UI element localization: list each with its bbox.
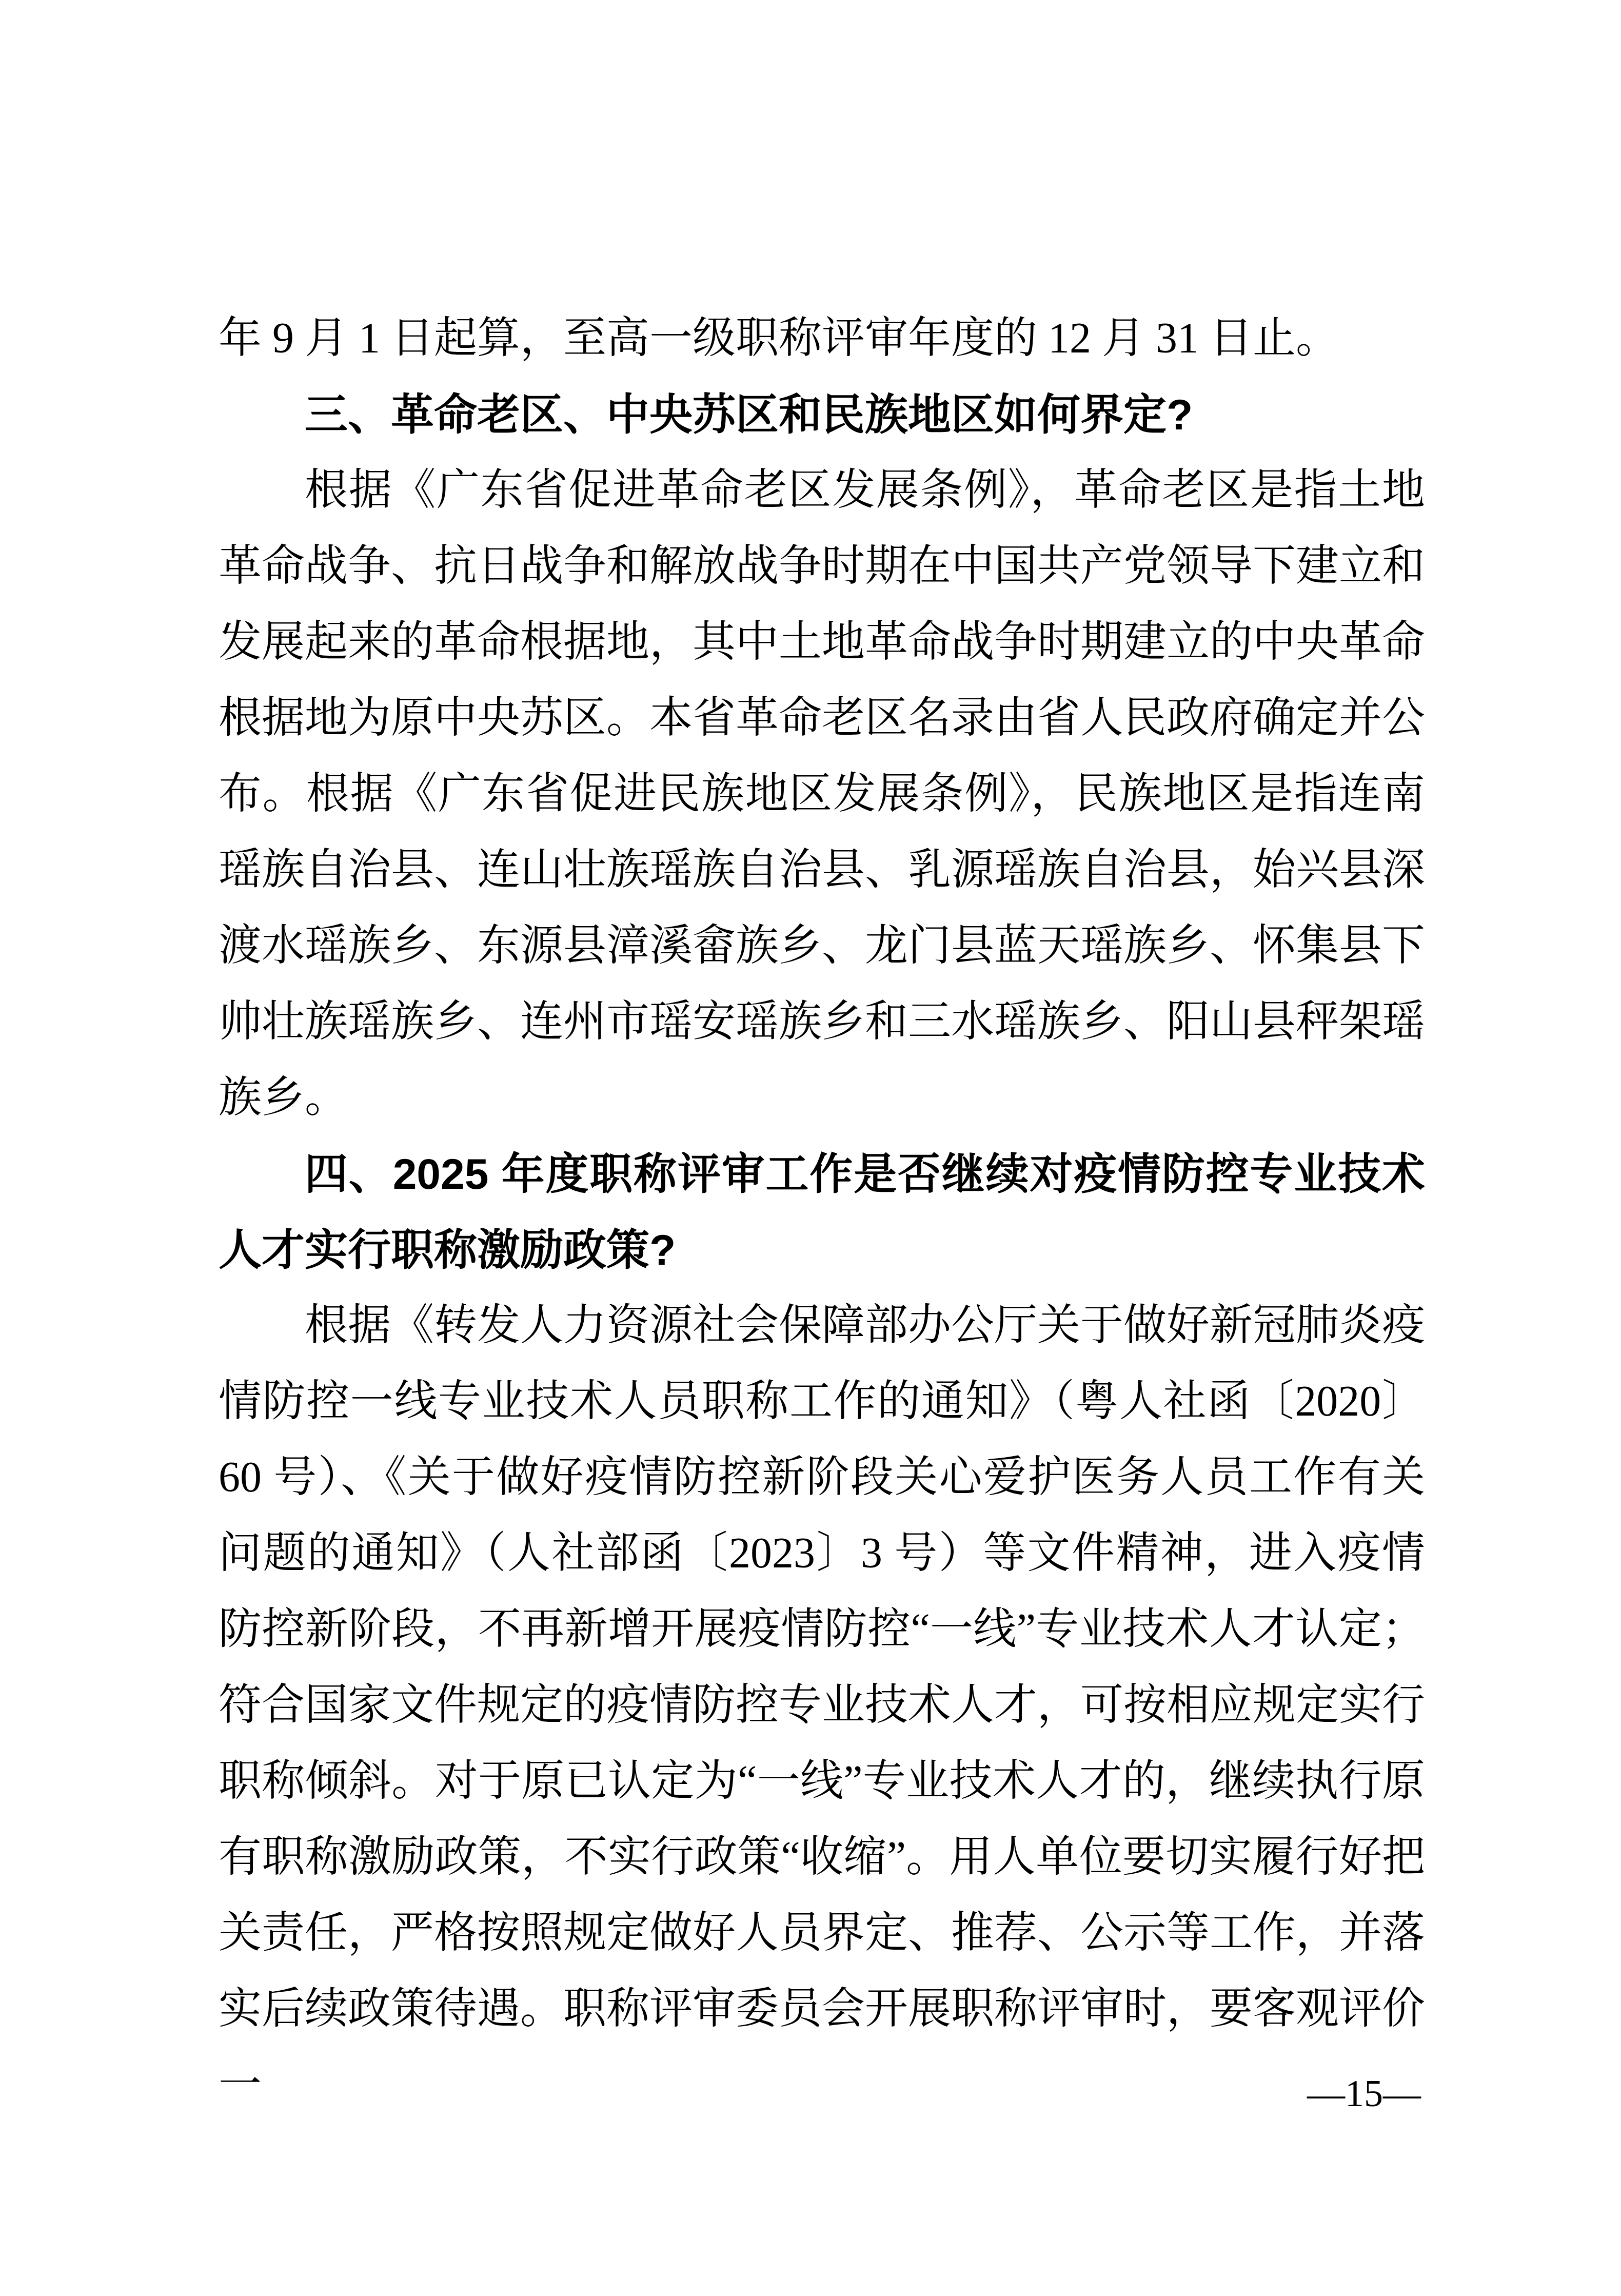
section-4-heading: 四、2025 年度职称评审工作是否继续对疫情防控专业技术人才实行职称激励政策? — [219, 1136, 1425, 1288]
continuation-paragraph: 年 9 月 1 日起算，至高一级职称评审年度的 12 月 31 日止。 — [219, 301, 1425, 377]
document-page: 年 9 月 1 日起算，至高一级职称评审年度的 12 月 31 日止。 三、革命… — [0, 0, 1621, 2296]
section-3-heading: 三、革命老区、中央苏区和民族地区如何界定? — [219, 377, 1425, 453]
section-3-answer-paragraph: 根据《广东省促进革命老区发展条例》，革命老区是指土地革命战争、抗日战争和解放战争… — [219, 453, 1425, 1136]
document-content: 年 9 月 1 日起算，至高一级职称评审年度的 12 月 31 日止。 三、革命… — [219, 301, 1425, 2123]
page-number: —15— — [1307, 2074, 1421, 2114]
section-4-answer-paragraph: 根据《转发人力资源社会保障部办公厅关于做好新冠肺炎疫情防控一线专业技术人员职称工… — [219, 1288, 1425, 2123]
